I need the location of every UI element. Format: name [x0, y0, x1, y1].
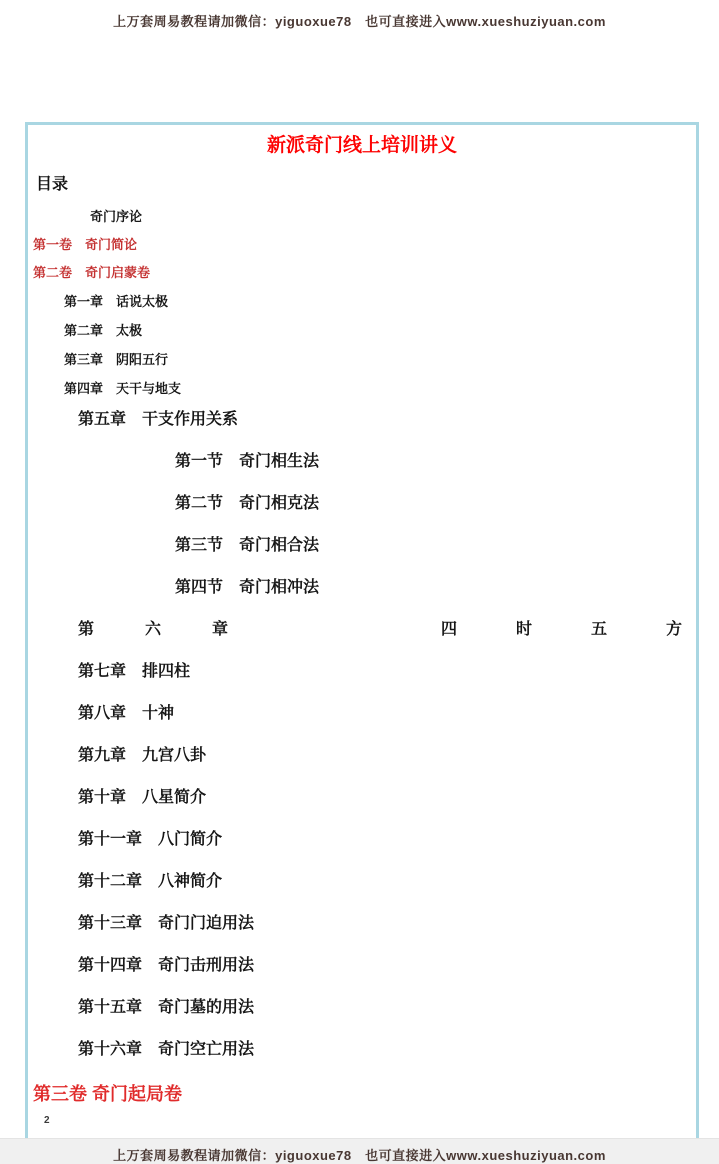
- toc-item-chapter-sm: 第三章 阴阳五行: [28, 351, 696, 369]
- toc-item-chapter-lg: 第十一章 八门简介: [28, 828, 696, 851]
- toc-item-volume-lg: 第三卷 奇门起局卷: [28, 1081, 696, 1107]
- document-title: 新派奇门线上培训讲义: [28, 134, 696, 158]
- page: { "watermark": { "header": "上万套周易教程请加微信：…: [0, 0, 719, 1164]
- toc-item-volume: 第一卷 奇门简论: [28, 236, 696, 254]
- toc-chapter6-title: 四时五方: [441, 618, 699, 641]
- toc-item-chapter-lg: 第十六章 奇门空亡用法: [28, 1038, 696, 1061]
- toc-item-chapter-lg: 第十五章 奇门墓的用法: [28, 996, 696, 1019]
- toc-item-chapter-lg: 第十三章 奇门门迫用法: [28, 912, 696, 935]
- toc-item-chapter-lg: 第五章 干支作用关系: [28, 408, 696, 431]
- toc-chapter6-number: 第六章: [78, 618, 279, 641]
- toc-item-partial: 2: [28, 1115, 696, 1127]
- toc-item-section: 第二节 奇门相克法: [28, 492, 696, 515]
- toc-item-chapter-sm: 第一章 话说太极: [28, 293, 696, 311]
- toc-item-chapter-lg: 第十二章 八神简介: [28, 870, 696, 893]
- toc-item-chapter-sm: 第四章 天干与地支: [28, 380, 696, 398]
- toc-item-chapter-lg: 第十四章 奇门击刑用法: [28, 954, 696, 977]
- toc-item-chapter-lg: 第七章 排四柱: [28, 660, 696, 683]
- toc-item-section: 第三节 奇门相合法: [28, 534, 696, 557]
- document-page-frame: 新派奇门线上培训讲义 目录 奇门序论第一卷 奇门简论第二卷 奇门启蒙卷第一章 话…: [25, 122, 699, 1164]
- toc-item-chapter-lg: 第十章 八星简介: [28, 786, 696, 809]
- toc-item-preface: 奇门序论: [28, 208, 696, 226]
- toc-item-chapter-sm: 第二章 太极: [28, 322, 696, 340]
- toc-item-chapter-lg: 第九章 九宫八卦: [28, 744, 696, 767]
- toc-item-chapter-lg: 第八章 十神: [28, 702, 696, 725]
- toc-item-section: 第四节 奇门相冲法: [28, 576, 696, 599]
- toc-item-chapter-justified: 第六章四时五方: [28, 618, 696, 641]
- toc-heading: 目录: [28, 174, 696, 196]
- footer-watermark: 上万套周易教程请加微信：yiguoxue78 也可直接进入www.xueshuz…: [0, 1145, 719, 1164]
- header-watermark: 上万套周易教程请加微信：yiguoxue78 也可直接进入www.xueshuz…: [0, 11, 719, 30]
- toc-item-volume: 第二卷 奇门启蒙卷: [28, 264, 696, 282]
- toc-item-section: 第一节 奇门相生法: [28, 450, 696, 473]
- table-of-contents: 奇门序论第一卷 奇门简论第二卷 奇门启蒙卷第一章 话说太极第二章 太极第三章 阴…: [28, 208, 696, 1127]
